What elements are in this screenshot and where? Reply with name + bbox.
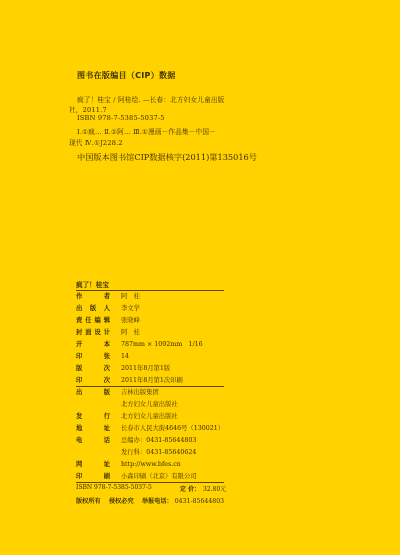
row-label: 电 话 bbox=[76, 436, 110, 446]
row-label: 出 版 bbox=[76, 388, 110, 398]
row-value: 阿 桂 bbox=[121, 292, 140, 302]
cip-line-4: Ⅰ.①疯… Ⅱ.①阿… Ⅲ.①漫画－作品集－中国－ bbox=[77, 126, 216, 136]
row-publish: 出 版吉林出版集团 bbox=[76, 388, 159, 398]
infringement-notice: 侵权必究 bbox=[109, 498, 134, 505]
row-website: 网 址http://www.bfes.cn bbox=[76, 460, 181, 470]
divider-top bbox=[76, 290, 224, 291]
row-phone: 电 话总编办：0431-85644803 bbox=[76, 436, 196, 446]
row-label: 地 址 bbox=[76, 424, 110, 434]
row-value: 2011年8月第1版 bbox=[121, 364, 170, 374]
website-link: http://www.bfes.cn bbox=[121, 460, 181, 470]
row-author: 作 者阿 桂 bbox=[76, 292, 140, 302]
price-label: 定 价： bbox=[180, 484, 200, 493]
row-value: 14 bbox=[121, 352, 129, 362]
row-value: 吉林出版集团 bbox=[121, 388, 159, 398]
row-value: 张晓峰 bbox=[121, 316, 140, 326]
row-format: 开 本787mm × 1092mm 1/16 bbox=[76, 340, 203, 350]
cip-line-5: 现代 Ⅳ.①J228.2 bbox=[69, 137, 123, 147]
row-value: 2011年8月第1次印刷 bbox=[121, 376, 183, 386]
row-label: 版 次 bbox=[76, 364, 110, 374]
row-label: 印 刷 bbox=[76, 472, 110, 482]
price-value: 32.80元 bbox=[203, 484, 226, 493]
cip-line-2: 社，2011.7 bbox=[69, 104, 107, 114]
row-publish-2: 北方妇女儿童出版社 bbox=[76, 400, 178, 410]
row-value: 北方妇女儿童出版社 bbox=[121, 400, 178, 410]
cip-isbn: ISBN 978-7-5385-5037-5 bbox=[77, 114, 165, 122]
cip-line-1: 疯了！桂宝 / 阿桂绘. —长春：北方妇女儿童出版 bbox=[77, 94, 224, 104]
row-printing: 印 次2011年8月第1次印刷 bbox=[76, 376, 183, 386]
rights-reserved: 版权所有 bbox=[76, 498, 101, 505]
report-phone: 0431-85644803 bbox=[175, 498, 224, 505]
book-title: 疯了！桂宝 bbox=[76, 279, 109, 289]
row-cover-design: 封面设计阿 桂 bbox=[76, 328, 140, 338]
row-value: 发行科：0431-85640624 bbox=[121, 448, 196, 458]
row-label: 出版人 bbox=[76, 304, 110, 314]
row-phone-2: 发行科：0431-85640624 bbox=[76, 448, 196, 458]
row-sheets: 印 张14 bbox=[76, 352, 129, 362]
divider-middle bbox=[76, 386, 224, 387]
row-label: 责任编辑 bbox=[76, 316, 110, 326]
row-label: 开 本 bbox=[76, 340, 110, 350]
row-value: 长春市人民大街4646号（130021） bbox=[121, 424, 224, 434]
row-editor: 责任编辑张晓峰 bbox=[76, 316, 140, 326]
isbn-price-row: ISBN 978-7-5385-5037-5 定 价： 32.80元 bbox=[76, 484, 152, 491]
row-label: 发 行 bbox=[76, 412, 110, 422]
row-value: 787mm × 1092mm 1/16 bbox=[121, 340, 203, 350]
row-label: 印 张 bbox=[76, 352, 110, 362]
row-label: 作 者 bbox=[76, 292, 110, 302]
cip-title: 图书在版编目（CIP）数据 bbox=[77, 70, 176, 81]
row-label: 封面设计 bbox=[76, 328, 110, 338]
row-value: 李文学 bbox=[121, 304, 140, 314]
row-address: 地 址长春市人民大街4646号（130021） bbox=[76, 424, 224, 434]
isbn: ISBN 978-7-5385-5037-5 bbox=[76, 484, 152, 491]
divider-bottom bbox=[76, 482, 224, 483]
row-label: 网 址 bbox=[76, 460, 110, 470]
row-printer: 印 刷小森印刷（北京）有限公司 bbox=[76, 472, 197, 482]
report-phone-label: 举报电话： bbox=[142, 498, 173, 505]
rights-row: 版权所有 侵权必究 举报电话：0431-85644803 bbox=[76, 496, 230, 505]
row-value: 阿 桂 bbox=[121, 328, 140, 338]
row-label: 印 次 bbox=[76, 376, 110, 386]
row-value: 总编办：0431-85644803 bbox=[121, 436, 196, 446]
row-publisher-person: 出版人李文学 bbox=[76, 304, 140, 314]
row-value: 小森印刷（北京）有限公司 bbox=[121, 472, 197, 482]
cip-catalog-number: 中国版本图书馆CIP数据核字(2011)第135016号 bbox=[77, 152, 257, 163]
row-edition: 版 次2011年8月第1版 bbox=[76, 364, 170, 374]
row-distribution: 发 行北方妇女儿童出版社 bbox=[76, 412, 178, 422]
row-value: 北方妇女儿童出版社 bbox=[121, 412, 178, 422]
